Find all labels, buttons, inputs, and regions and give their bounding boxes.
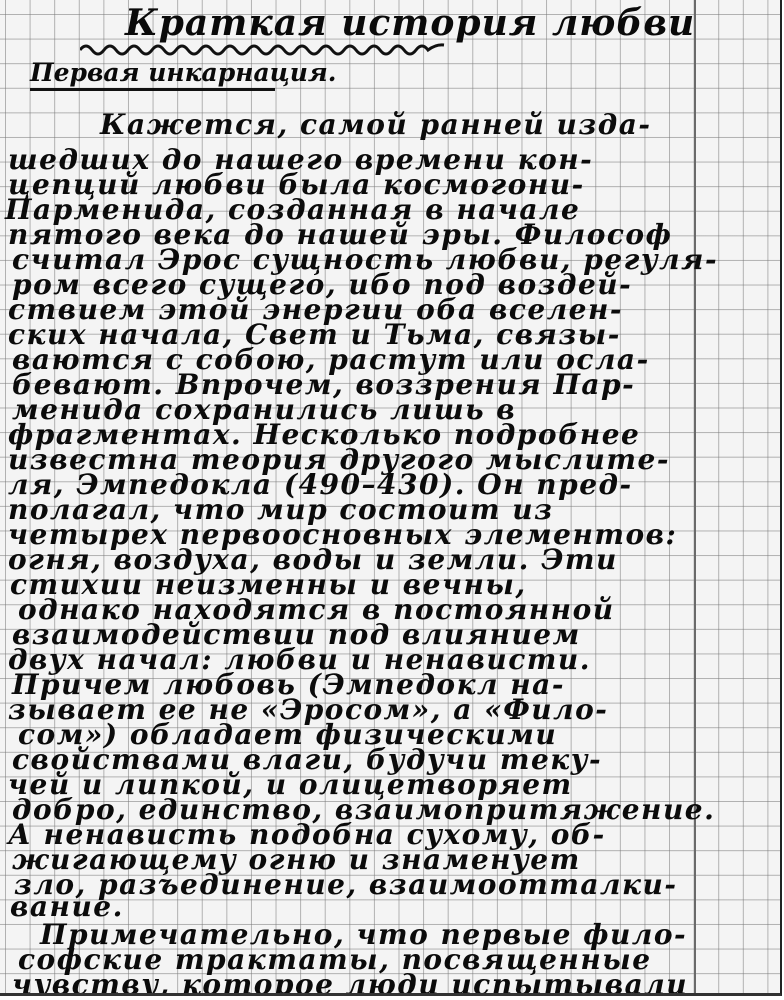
text-line: чувству, которое люди испытывали: [12, 968, 688, 996]
title-wavy-underline: [80, 42, 445, 56]
notebook-page: Краткая история любви Первая инкарнация.…: [0, 0, 782, 996]
section-heading-underline: [30, 88, 275, 91]
page-margin-line: [694, 0, 696, 993]
text-line: Кажется, самой ранней изда-: [100, 108, 651, 141]
section-heading: Первая инкарнация.: [30, 58, 337, 87]
document-title: Краткая история любви: [125, 2, 695, 44]
